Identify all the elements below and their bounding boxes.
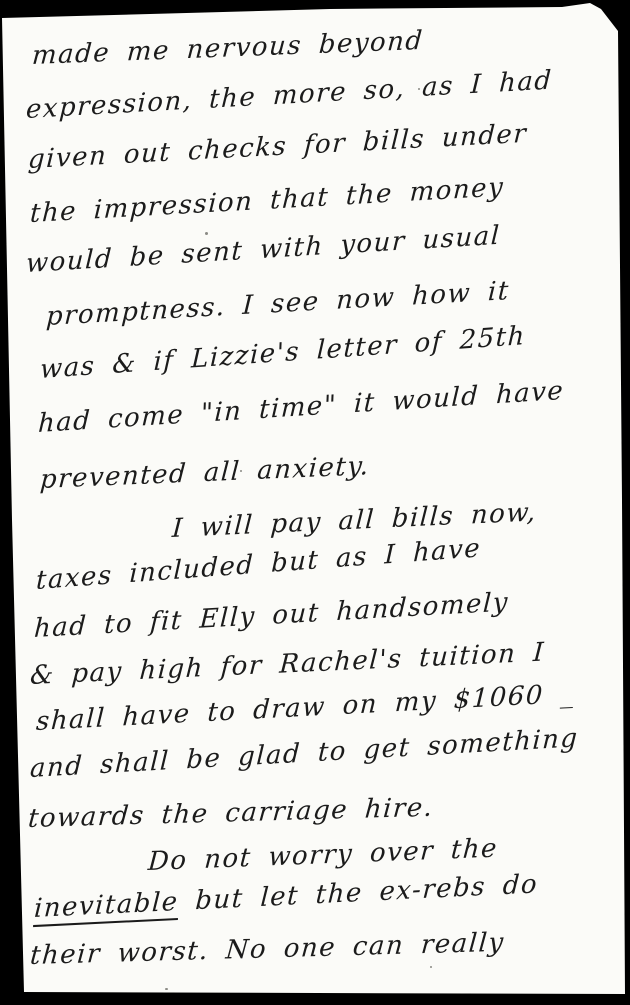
letter-line: would be sent with your usual (25, 222, 501, 280)
scan-speck (240, 470, 242, 472)
letter-line: made me nervous beyond (31, 27, 424, 72)
letter-line: Do not worry over the (147, 835, 499, 878)
letter-line: promptness. I see now how it (45, 277, 510, 333)
scan-speck (430, 966, 432, 968)
letter-line: was & if Lizzie's letter of 25th (39, 322, 526, 386)
letter-line: inevitable but let the ex-rebs do (33, 870, 539, 925)
letter-line: taxes included but as I have (36, 534, 482, 597)
underlined-word: inevitable (33, 887, 179, 927)
scan-background: made me nervous beyond expression, the m… (0, 0, 630, 1005)
letter-line: expression, the more so, as I had (25, 67, 553, 126)
letter-line: towards the carriage hire. (27, 794, 435, 835)
letter-line: I will pay all bills now, (171, 498, 537, 545)
letter-line: the impression that the money (29, 173, 505, 230)
scan-speck (165, 988, 168, 990)
letter-line: had to fit Elly out handsomely (33, 588, 509, 645)
letter-line-rest: but let the ex-rebs do (178, 869, 539, 917)
letter-line: had come "in time" it would have (37, 377, 564, 440)
letter-line: given out checks for bills under (27, 120, 528, 176)
scan-speck (205, 232, 208, 235)
letter-line: prevented all anxiety. (39, 452, 371, 496)
letter-page: made me nervous beyond expression, the m… (0, 0, 630, 1005)
letter-line: their worst. No one can really (29, 929, 506, 972)
scan-speck (418, 88, 420, 90)
